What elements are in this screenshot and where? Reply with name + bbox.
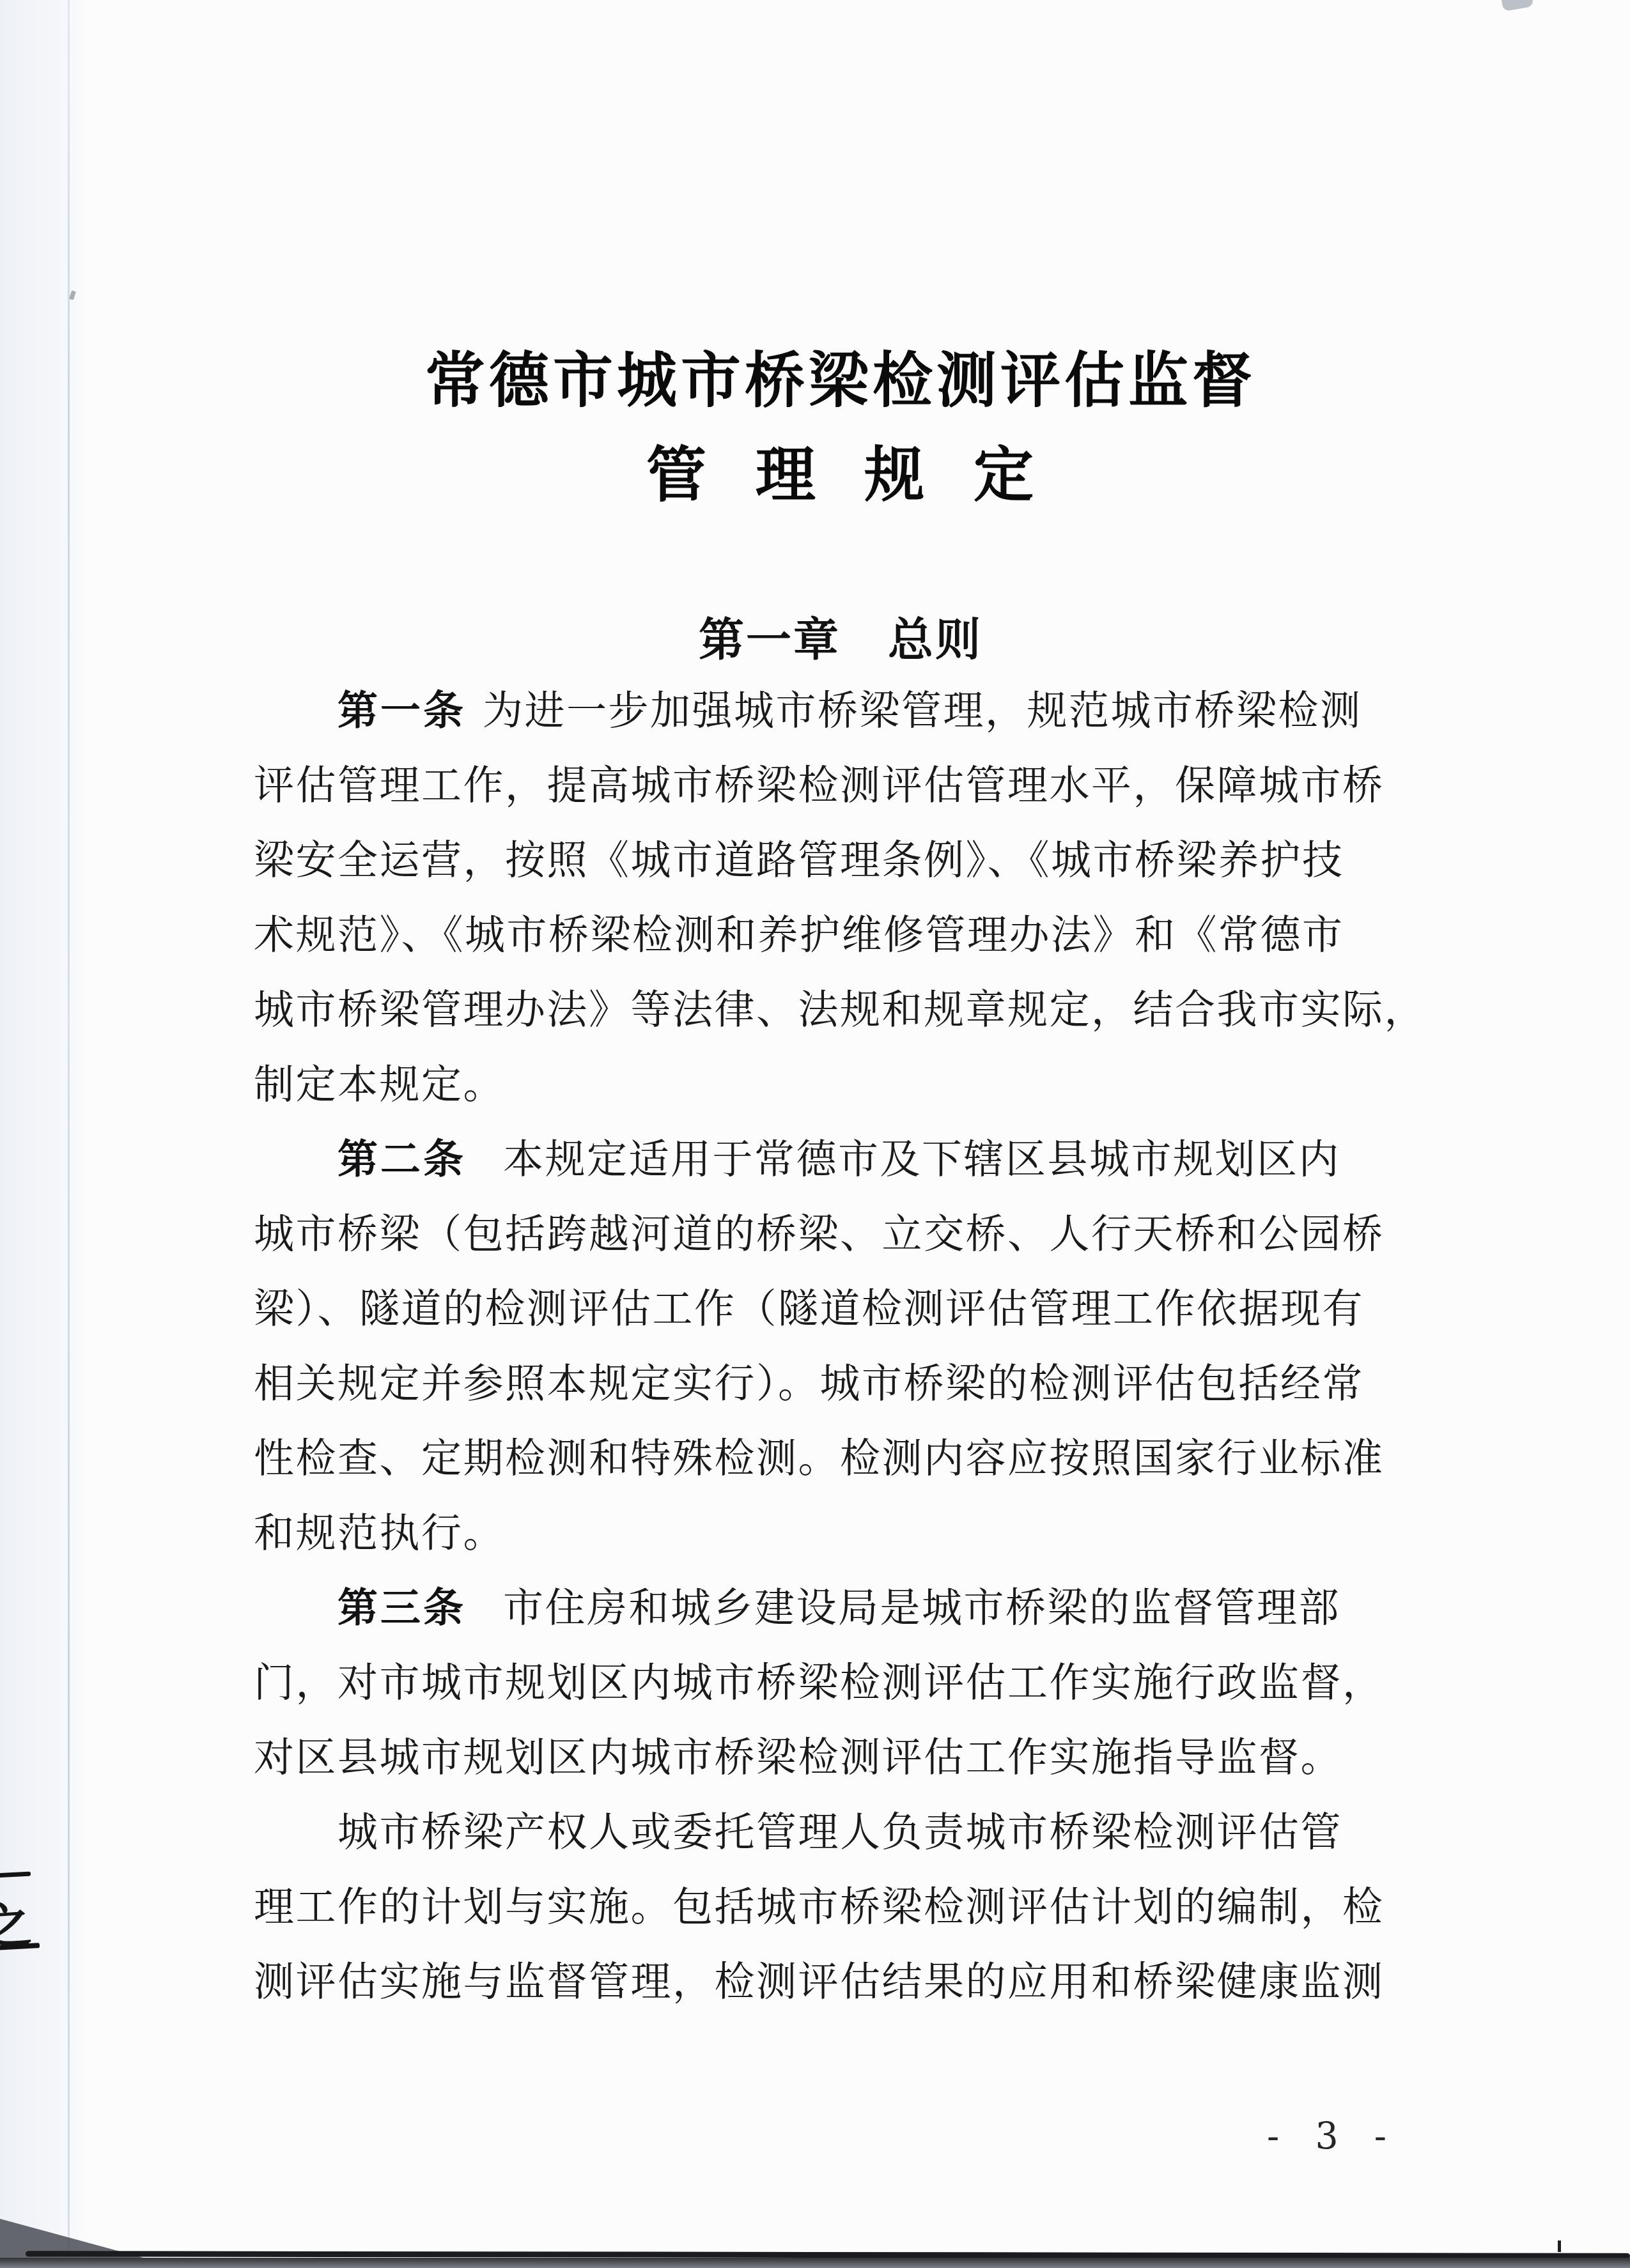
document-title-line1: 常德市城市桥梁检测评估监督 xyxy=(0,332,1630,419)
body-line: 术规范》、《城市桥梁检测和养护维修管理办法》和《常德市 xyxy=(254,897,1404,972)
line-text: 和规范执行。 xyxy=(254,1509,505,1556)
line-text: 制定本规定。 xyxy=(254,1061,505,1107)
line-text: 门，对市城市规划区内城市桥梁检测评估工作实施行政监督， xyxy=(254,1659,1385,1706)
scan-tick-mark xyxy=(1558,2241,1561,2252)
line-text: 梁）、隧道的检测评估工作（隧道检测评估管理工作依据现有 xyxy=(254,1285,1364,1332)
line-text: 本规定适用于常德市及下辖区县城市规划区内 xyxy=(503,1136,1340,1182)
body-line: 和规范执行。 xyxy=(254,1495,1404,1570)
body-line: 评估管理工作，提高城市桥梁检测评估管理水平，保障城市桥 xyxy=(254,748,1404,822)
line-text: 测评估实施与监督管理，检测评估结果的应用和桥梁健康监测 xyxy=(254,1958,1385,2005)
body-line: 第三条市住房和城乡建设局是城市桥梁的监督管理部 xyxy=(254,1570,1404,1645)
body-line: 测评估实施与监督管理，检测评估结果的应用和桥梁健康监测 xyxy=(254,1944,1404,2019)
line-text: 城市桥梁产权人或委托管理人负责城市桥梁检测评估管 xyxy=(338,1809,1342,1855)
line-text: 城市桥梁（包括跨越河道的桥梁、立交桥、人行天桥和公园桥 xyxy=(254,1210,1385,1257)
article-number-2: 第二条 xyxy=(338,1136,466,1182)
line-text: 梁安全运营，按照《城市道路管理条例》、《城市桥梁养护技 xyxy=(254,837,1344,883)
body-line: 第一条为进一步加强城市桥梁管理，规范城市桥梁检测 xyxy=(254,673,1404,748)
scanned-document-page: 之 常德市城市桥梁检测评估监督 管 理 规 定 第一章 总则 第一条为进一步加强… xyxy=(0,0,1630,2268)
body-line: 相关规定并参照本规定实行）。城市桥梁的检测评估包括经常 xyxy=(254,1346,1404,1421)
body-line: 门，对市城市规划区内城市桥梁检测评估工作实施行政监督， xyxy=(254,1645,1404,1720)
body-line: 梁）、隧道的检测评估工作（隧道检测评估管理工作依据现有 xyxy=(254,1271,1404,1346)
document-title-line2: 管 理 规 定 xyxy=(0,427,1630,513)
line-text: 对区县城市规划区内城市桥梁检测评估工作实施指导监督。 xyxy=(254,1734,1342,1780)
body-line: 梁安全运营，按照《城市道路管理条例》、《城市桥梁养护技 xyxy=(254,822,1404,897)
body-line: 制定本规定。 xyxy=(254,1047,1404,1122)
body-line: 城市桥梁管理办法》等法律、法规和规章规定，结合我市实际， xyxy=(254,972,1404,1047)
line-text: 性检查、定期检测和特殊检测。检测内容应按照国家行业标准 xyxy=(254,1435,1385,1481)
line-text: 相关规定并参照本规定实行）。城市桥梁的检测评估包括经常 xyxy=(254,1360,1364,1407)
line-text: 城市桥梁管理办法》等法律、法规和规章规定，结合我市实际， xyxy=(254,986,1426,1033)
line-text: 评估管理工作，提高城市桥梁检测评估管理水平，保障城市桥 xyxy=(254,762,1385,808)
body-line: 性检查、定期检测和特殊检测。检测内容应按照国家行业标准 xyxy=(254,1421,1404,1495)
page-number: - 3 - xyxy=(1267,2115,1390,2157)
body-line: 对区县城市规划区内城市桥梁检测评估工作实施指导监督。 xyxy=(254,1720,1404,1794)
body-line: 城市桥梁（包括跨越河道的桥梁、立交桥、人行天桥和公园桥 xyxy=(254,1196,1404,1271)
line-text: 市住房和城乡建设局是城市桥梁的监督管理部 xyxy=(503,1584,1340,1631)
body-line: 城市桥梁产权人或委托管理人负责城市桥梁检测评估管 xyxy=(254,1794,1404,1869)
page-bottom-edge-band xyxy=(0,2258,1630,2268)
line-text: 术规范》、《城市桥梁检测和养护维修管理办法》和《常德市 xyxy=(254,911,1344,958)
line-text: 理工作的计划与实施。包括城市桥梁检测评估计划的编制，检 xyxy=(254,1883,1385,1930)
line-text: 为进一步加强城市桥梁管理，规范城市桥梁检测 xyxy=(483,687,1362,734)
scan-smudge-top xyxy=(1502,0,1534,12)
article-number-1: 第一条 xyxy=(338,687,466,734)
document-body: 第一条为进一步加强城市桥梁管理，规范城市桥梁检测 评估管理工作，提高城市桥梁检测… xyxy=(254,673,1404,2019)
article-number-3: 第三条 xyxy=(338,1584,466,1631)
chapter-heading: 第一章 总则 xyxy=(0,603,1630,668)
body-line: 第二条本规定适用于常德市及下辖区县城市规划区内 xyxy=(254,1122,1404,1196)
body-line: 理工作的计划与实施。包括城市桥梁检测评估计划的编制，检 xyxy=(254,1869,1404,1944)
